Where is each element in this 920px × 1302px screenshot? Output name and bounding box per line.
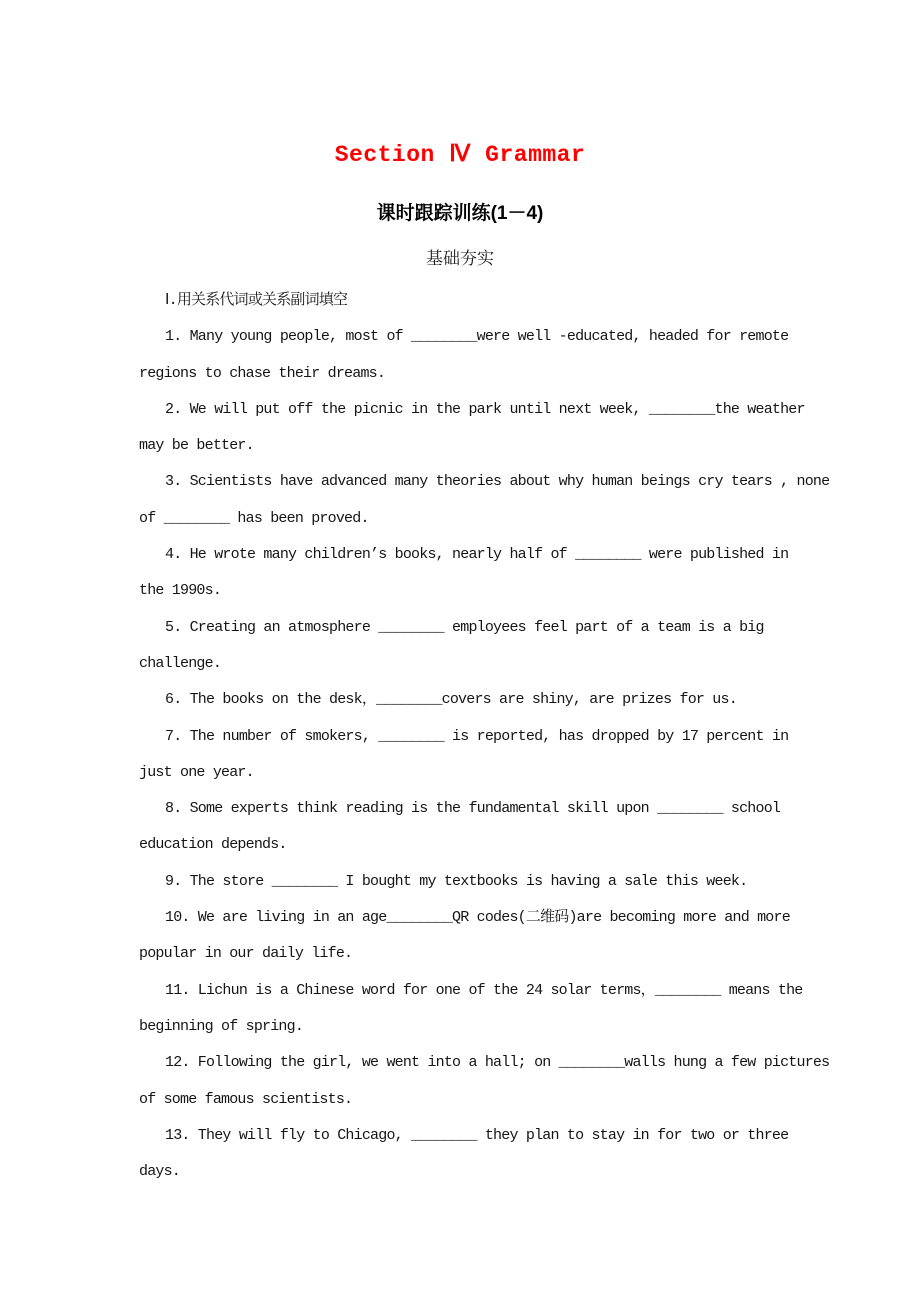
question-1-line-1: 1. Many young people, most of ________we…	[139, 319, 834, 355]
question-2-line-2: may be better.	[139, 428, 834, 464]
question-13-line-1: 13. They will fly to Chicago, ________ t…	[139, 1118, 834, 1154]
question-2-line-1: 2. We will put off the picnic in the par…	[139, 392, 834, 428]
worksheet-body: Ⅰ.用关系代词或关系副词填空 1. Many young people, mos…	[0, 283, 920, 1190]
question-9-line-1: 9. The store ________ I bought my textbo…	[139, 864, 834, 900]
question-12-line-2: of some famous scientists.	[139, 1082, 834, 1118]
question-10-line-1: 10. We are living in an age________QR co…	[139, 900, 834, 936]
question-12-line-1: 12. Following the girl, we went into a h…	[139, 1045, 834, 1081]
question-10-line-2: popular in our daily life.	[139, 936, 834, 972]
question-7-line-1: 7. The number of smokers, ________ is re…	[139, 719, 834, 755]
exercise-instruction: Ⅰ.用关系代词或关系副词填空	[139, 283, 834, 319]
question-5-line-2: challenge.	[139, 646, 834, 682]
page-title: Section Ⅳ Grammar	[0, 140, 920, 170]
question-5-line-1: 5. Creating an atmosphere ________ emplo…	[139, 610, 834, 646]
question-3-line-2: of ________ has been proved.	[139, 501, 834, 537]
worksheet-page: Section Ⅳ Grammar 课时跟踪训练(1－4) 基础夯实 Ⅰ.用关系…	[0, 0, 920, 1302]
question-4-line-2: the 1990s.	[139, 573, 834, 609]
lesson-subtitle: 课时跟踪训练(1－4)	[0, 200, 920, 228]
worksheet-header: Section Ⅳ Grammar 课时跟踪训练(1－4) 基础夯实	[0, 0, 920, 273]
question-11-line-2: beginning of spring.	[139, 1009, 834, 1045]
question-4-line-1: 4. He wrote many children’s books, nearl…	[139, 537, 834, 573]
question-8-line-2: education depends.	[139, 827, 834, 863]
question-13-line-2: days.	[139, 1154, 834, 1190]
section-label: 基础夯实	[0, 245, 920, 273]
question-11-line-1: 11. Lichun is a Chinese word for one of …	[139, 973, 834, 1009]
question-3-line-1: 3. Scientists have advanced many theorie…	[139, 464, 834, 500]
question-8-line-1: 8. Some experts think reading is the fun…	[139, 791, 834, 827]
question-list: 1. Many young people, most of ________we…	[139, 319, 834, 1190]
question-7-line-2: just one year.	[139, 755, 834, 791]
question-1-line-2: regions to chase their dreams.	[139, 356, 834, 392]
question-6-line-1: 6. The books on the desk，________covers …	[139, 682, 834, 718]
